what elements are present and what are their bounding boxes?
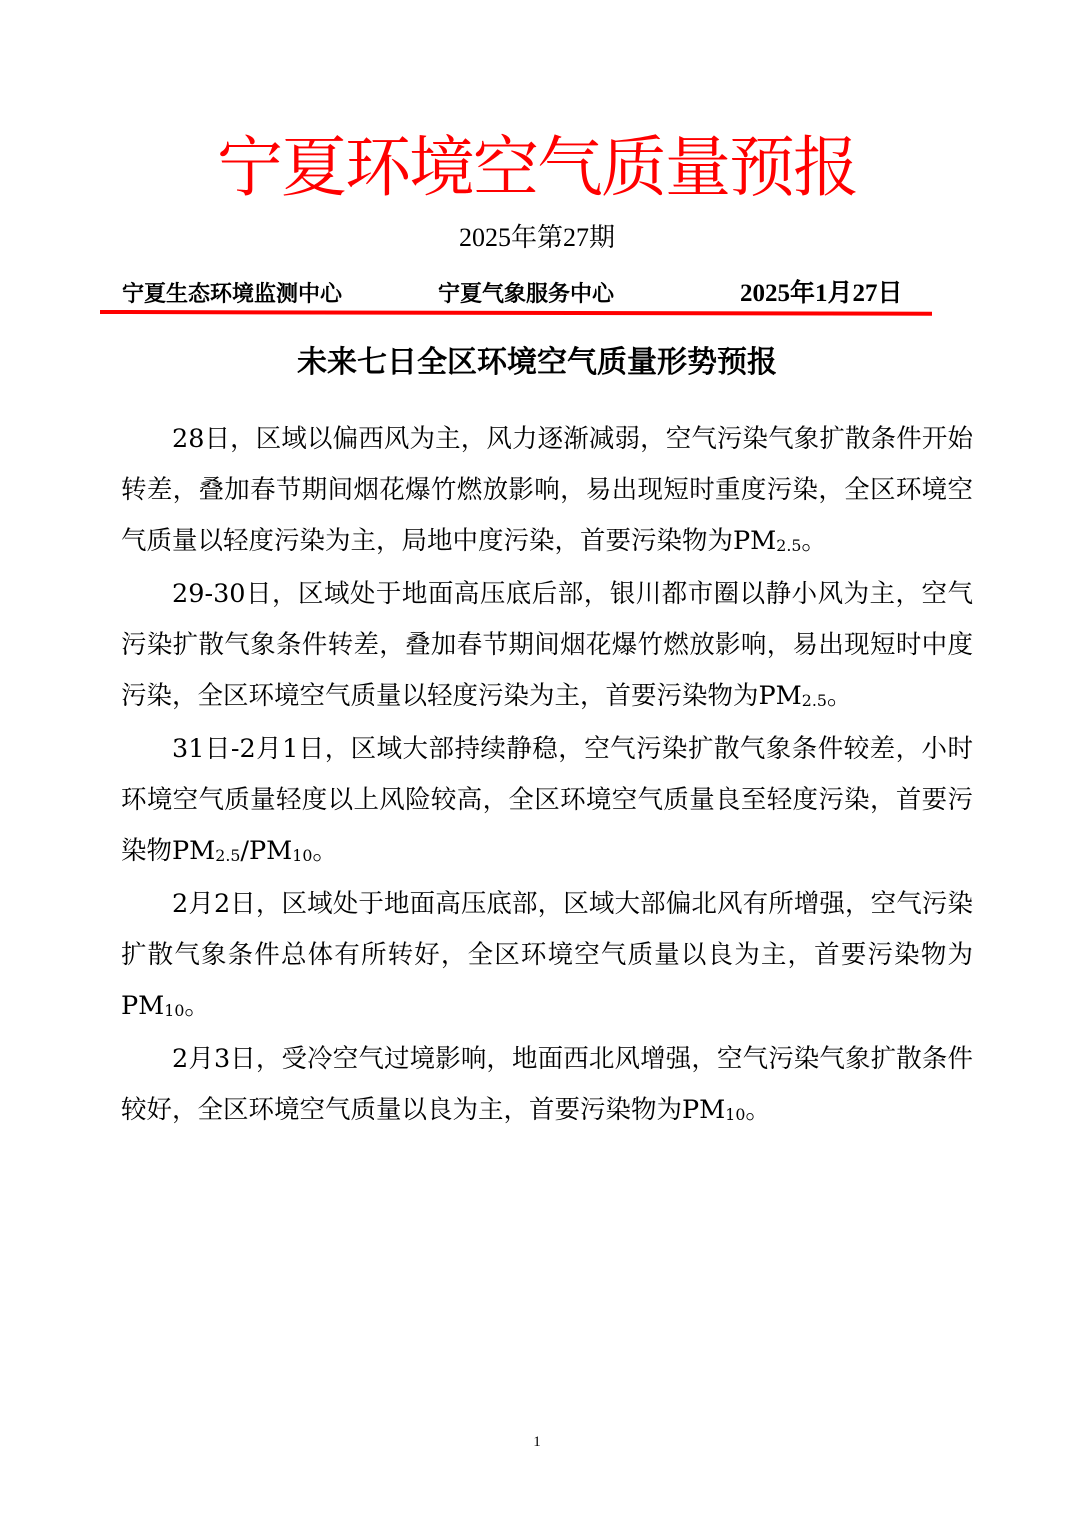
document-title: 宁夏环境空气质量预报: [0, 128, 1074, 208]
punctuation: 。: [745, 1095, 771, 1125]
paragraph-text: /PM: [240, 836, 292, 866]
header-divider: [100, 310, 932, 316]
page-number: 1: [0, 1434, 1074, 1451]
forecast-paragraph-feb2: 2月2日，区域处于地面高压底部，区域大部偏北风有所增强，空气污染扩散气象条件总体…: [121, 879, 973, 1034]
punctuation: 。: [801, 526, 827, 556]
forecast-paragraph-29-30: 29-30日，区域处于地面高压底后部，银川都市圈以静小风为主，空气污染扩散气象条…: [121, 569, 973, 724]
forecast-paragraph-31-feb1: 31日-2月1日，区域大部持续静稳，空气污染扩散气象条件较差，小时环境空气质量轻…: [121, 724, 973, 879]
subscript: 10: [292, 846, 312, 865]
punctuation: 。: [312, 836, 338, 866]
section-heading: 未来七日全区环境空气质量形势预报: [0, 340, 1074, 386]
subscript: 2.5: [215, 846, 240, 865]
subscript: 2.5: [776, 536, 801, 555]
subscript: 2.5: [802, 691, 827, 710]
paragraph-text: 28日，区域以偏西风为主，风力逐渐减弱，空气污染气象扩散条件开始转差，叠加春节期…: [121, 424, 973, 556]
forecast-paragraph-feb3: 2月3日，受冷空气过境影响，地面西北风增强，空气污染气象扩散条件较好，全区环境空…: [121, 1034, 973, 1138]
forecast-body: 28日，区域以偏西风为主，风力逐渐减弱，空气污染气象扩散条件开始转差，叠加春节期…: [121, 414, 973, 1138]
paragraph-text: 2月3日，受冷空气过境影响，地面西北风增强，空气污染气象扩散条件较好，全区环境空…: [121, 1044, 973, 1125]
subscript: 10: [164, 1001, 184, 1020]
issue-date: 2025年1月27日: [740, 278, 903, 310]
issuer-environment-center: 宁夏生态环境监测中心: [122, 278, 342, 310]
punctuation: 。: [184, 991, 210, 1021]
punctuation: 。: [827, 681, 853, 711]
paragraph-text: 2月2日，区域处于地面高压底部，区域大部偏北风有所增强，空气污染扩散气象条件总体…: [121, 889, 973, 1021]
subscript: 10: [725, 1105, 745, 1124]
issue-number: 2025年第27期: [0, 218, 1074, 258]
forecast-paragraph-28: 28日，区域以偏西风为主，风力逐渐减弱，空气污染气象扩散条件开始转差，叠加春节期…: [121, 414, 973, 569]
issuer-meteorology-center: 宁夏气象服务中心: [438, 278, 614, 310]
